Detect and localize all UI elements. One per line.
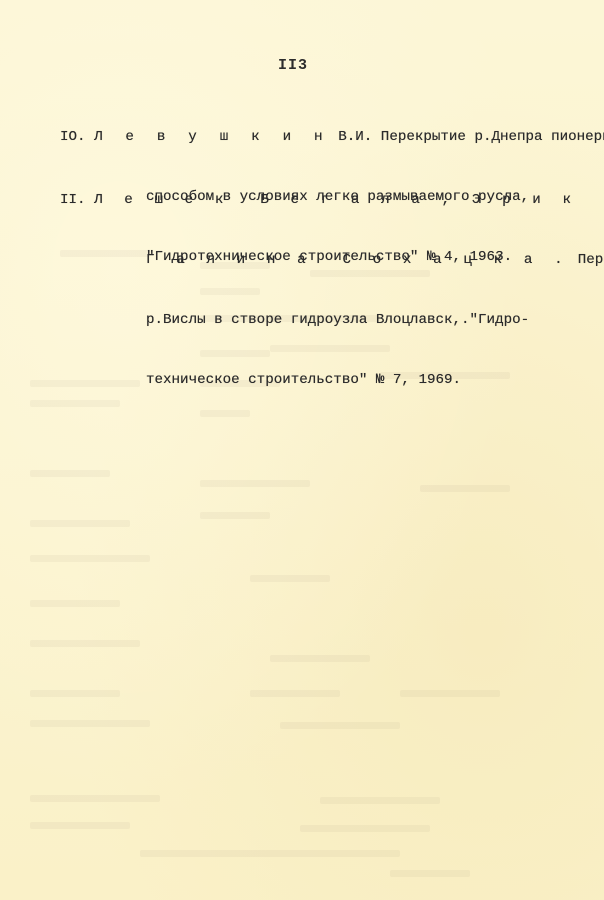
reference-index: IO. (60, 127, 94, 147)
page-number: II3 (278, 57, 308, 74)
reference-line: II.Л е ш е к Б е г а л а , Э р и к Б о б… (60, 190, 604, 210)
reference-index: II. (60, 190, 94, 210)
reference-title: В.И. Перекрытие р.Днепра пионерным. (330, 129, 604, 145)
reference-source: техническое строительство" № 7, 1969. (60, 370, 604, 390)
author-name: Г а л и н а С о х а ц к а . (146, 252, 569, 268)
reference-line: р.Вислы в створе гидроузла Влоцлавск,."Г… (60, 310, 604, 330)
reference-entry-11: II.Л е ш е к Б е г а л а , Э р и к Б о б… (60, 150, 604, 430)
document-page: II3 IO.Л е в у ш к и н В.И. Перекрытие р… (0, 0, 604, 900)
author-names: Л е ш е к Б е г а л а , Э р и к Б о б и … (94, 192, 604, 208)
reference-line: Г а л и н а С о х а ц к а . Перекрытие р… (60, 250, 604, 270)
reference-title: Перекрытие русла (569, 252, 604, 268)
author-name: Л е в у ш к и н (94, 129, 330, 145)
reference-line: IO.Л е в у ш к и н В.И. Перекрытие р.Дне… (60, 127, 604, 147)
